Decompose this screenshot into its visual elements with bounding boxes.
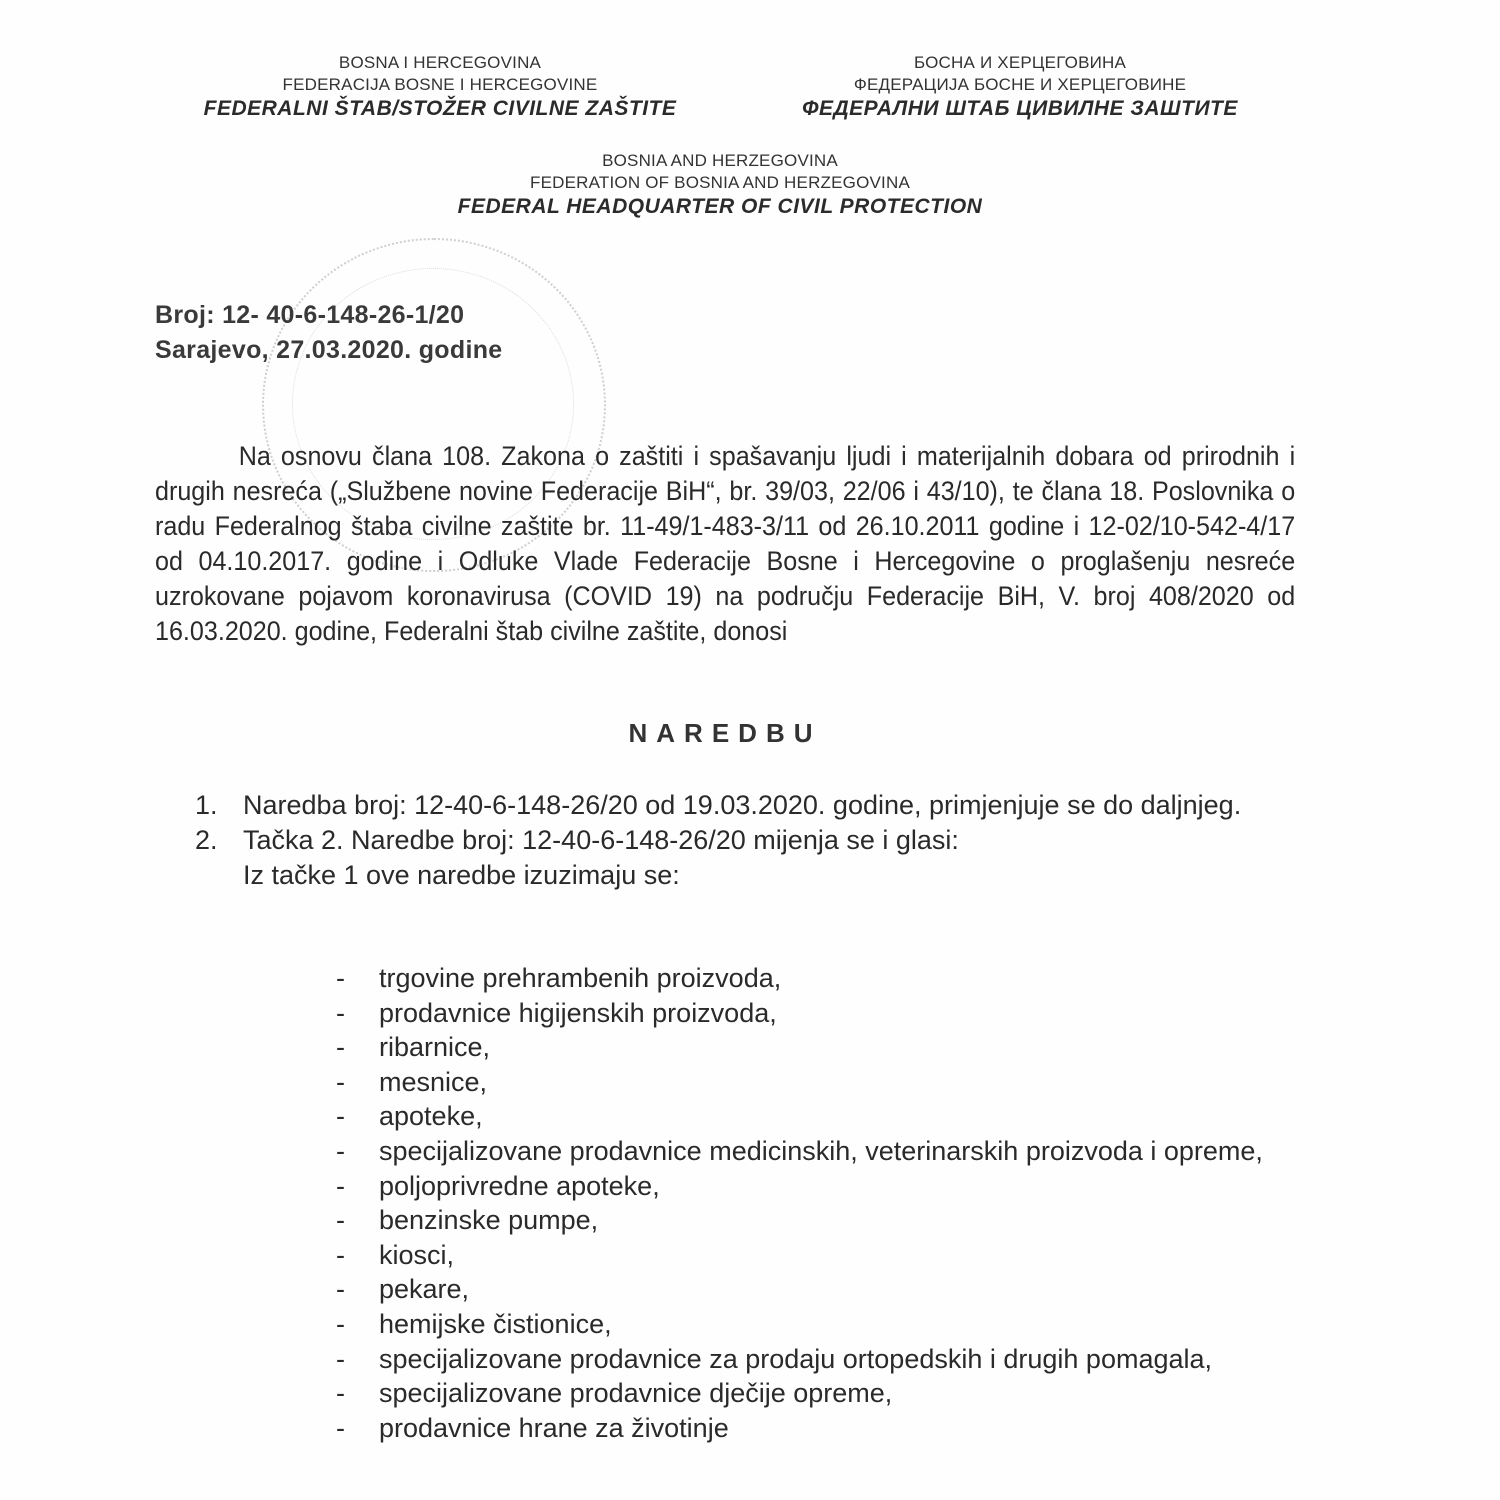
dash-bullet: - [336, 961, 345, 996]
exemption-item: -trgovine prehrambenih proizvoda, [330, 961, 1295, 996]
dash-bullet: - [336, 1099, 345, 1134]
dash-bullet: - [336, 1376, 345, 1411]
order-items: 1. Naredba broj: 12-40-6-148-26/20 od 19… [195, 788, 1295, 893]
header-country-english: BOSNIA AND HERZEGOVINA [420, 150, 1020, 172]
exemption-item: -specijalizovane prodavnice dječije opre… [330, 1376, 1295, 1411]
dash-bullet: - [336, 1134, 345, 1169]
reference-place-date: Sarajevo, 27.03.2020. godine [155, 333, 502, 368]
dash-bullet: - [336, 996, 345, 1031]
exemption-text: apoteke, [379, 1101, 483, 1131]
header-country: BOSNA I HERCEGOVINA [150, 52, 730, 74]
dash-bullet: - [336, 1203, 345, 1238]
order-item: 1. Naredba broj: 12-40-6-148-26/20 od 19… [195, 788, 1295, 823]
dash-bullet: - [336, 1411, 345, 1446]
header-institution-english: FEDERAL HEADQUARTER OF CIVIL PROTECTION [420, 194, 1020, 220]
dash-bullet: - [336, 1065, 345, 1100]
exemption-item: -hemijske čistionice, [330, 1307, 1295, 1342]
exemption-item: -prodavnice hrane za životinje [330, 1411, 1295, 1446]
exemption-text: prodavnice higijenskih proizvoda, [379, 998, 777, 1028]
document-page: BOSNA I HERCEGOVINA FEDERACIJA BOSNE I H… [0, 0, 1500, 1500]
header-federation-cyrillic: ФЕДЕРАЦИЈА БОСНЕ И ХЕРЦЕГОВИНЕ [760, 74, 1280, 96]
exemption-item: -pekare, [330, 1272, 1295, 1307]
exemption-item: -specijalizovane prodavnice za prodaju o… [330, 1342, 1295, 1377]
dash-bullet: - [336, 1169, 345, 1204]
exemption-item: -kiosci, [330, 1238, 1295, 1273]
header-federation-english: FEDERATION OF BOSNIA AND HERZEGOVINA [420, 172, 1020, 194]
exemptions-list: -trgovine prehrambenih proizvoda,-prodav… [330, 961, 1295, 1445]
document-reference: Broj: 12- 40-6-148-26-1/20 Sarajevo, 27.… [155, 298, 502, 368]
exemption-text: prodavnice hrane za životinje [379, 1413, 729, 1443]
exemption-text: mesnice, [379, 1067, 487, 1097]
header-english: BOSNIA AND HERZEGOVINA FEDERATION OF BOS… [420, 150, 1020, 220]
dash-bullet: - [336, 1342, 345, 1377]
item-text: Tačka 2. Naredbe broj: 12-40-6-148-26/20… [243, 823, 1295, 858]
header-country-cyrillic: БОСНА И ХЕРЦЕГОВИНА [760, 52, 1280, 74]
header-federation: FEDERACIJA BOSNE I HERCEGOVINE [150, 74, 730, 96]
exemption-text: hemijske čistionice, [379, 1309, 612, 1339]
exemption-text: trgovine prehrambenih proizvoda, [379, 963, 781, 993]
item-number: 1. [195, 788, 218, 823]
exemption-text: specijalizovane prodavnice dječije oprem… [379, 1378, 892, 1408]
order-item: 2. Tačka 2. Naredbe broj: 12-40-6-148-26… [195, 823, 1295, 893]
exemption-text: benzinske pumpe, [379, 1205, 598, 1235]
exemption-item: -ribarnice, [330, 1030, 1295, 1065]
exemption-item: -specijalizovane prodavnice medicinskih,… [330, 1134, 1295, 1169]
exemption-item: -poljoprivredne apoteke, [330, 1169, 1295, 1204]
dash-bullet: - [336, 1030, 345, 1065]
exemption-text: specijalizovane prodavnice za prodaju or… [379, 1344, 1212, 1374]
exemption-item: -apoteke, [330, 1099, 1295, 1134]
dash-bullet: - [336, 1307, 345, 1342]
header-institution-cyrillic: ФЕДЕРАЛНИ ШТАБ ЦИВИЛНЕ ЗАШТИТЕ [760, 96, 1280, 122]
exemption-text: ribarnice, [379, 1032, 490, 1062]
header-cyrillic: БОСНА И ХЕРЦЕГОВИНА ФЕДЕРАЦИЈА БОСНЕ И Х… [760, 52, 1280, 122]
header-institution: FEDERALNI ŠTAB/STOŽER CIVILNE ZAŠTITE [150, 96, 730, 122]
item-text: Naredba broj: 12-40-6-148-26/20 od 19.03… [243, 790, 1241, 820]
exemption-item: -prodavnice higijenskih proizvoda, [330, 996, 1295, 1031]
exemption-text: poljoprivredne apoteke, [379, 1171, 660, 1201]
item-subtext: Iz tačke 1 ove naredbe izuzimaju se: [243, 858, 1295, 893]
dash-bullet: - [336, 1238, 345, 1273]
exemption-text: specijalizovane prodavnice medicinskih, … [379, 1136, 1263, 1166]
dash-bullet: - [336, 1272, 345, 1307]
header-latin: BOSNA I HERCEGOVINA FEDERACIJA BOSNE I H… [150, 52, 730, 122]
exemption-item: -mesnice, [330, 1065, 1295, 1100]
exemption-item: -benzinske pumpe, [330, 1203, 1295, 1238]
item-number: 2. [195, 823, 218, 858]
reference-number: Broj: 12- 40-6-148-26-1/20 [155, 298, 502, 333]
exemption-text: kiosci, [379, 1240, 454, 1270]
exemption-text: pekare, [379, 1274, 469, 1304]
document-title: NAREDBU [0, 718, 1450, 749]
preamble-paragraph: Na osnovu člana 108. Zakona o zaštiti i … [155, 439, 1295, 649]
